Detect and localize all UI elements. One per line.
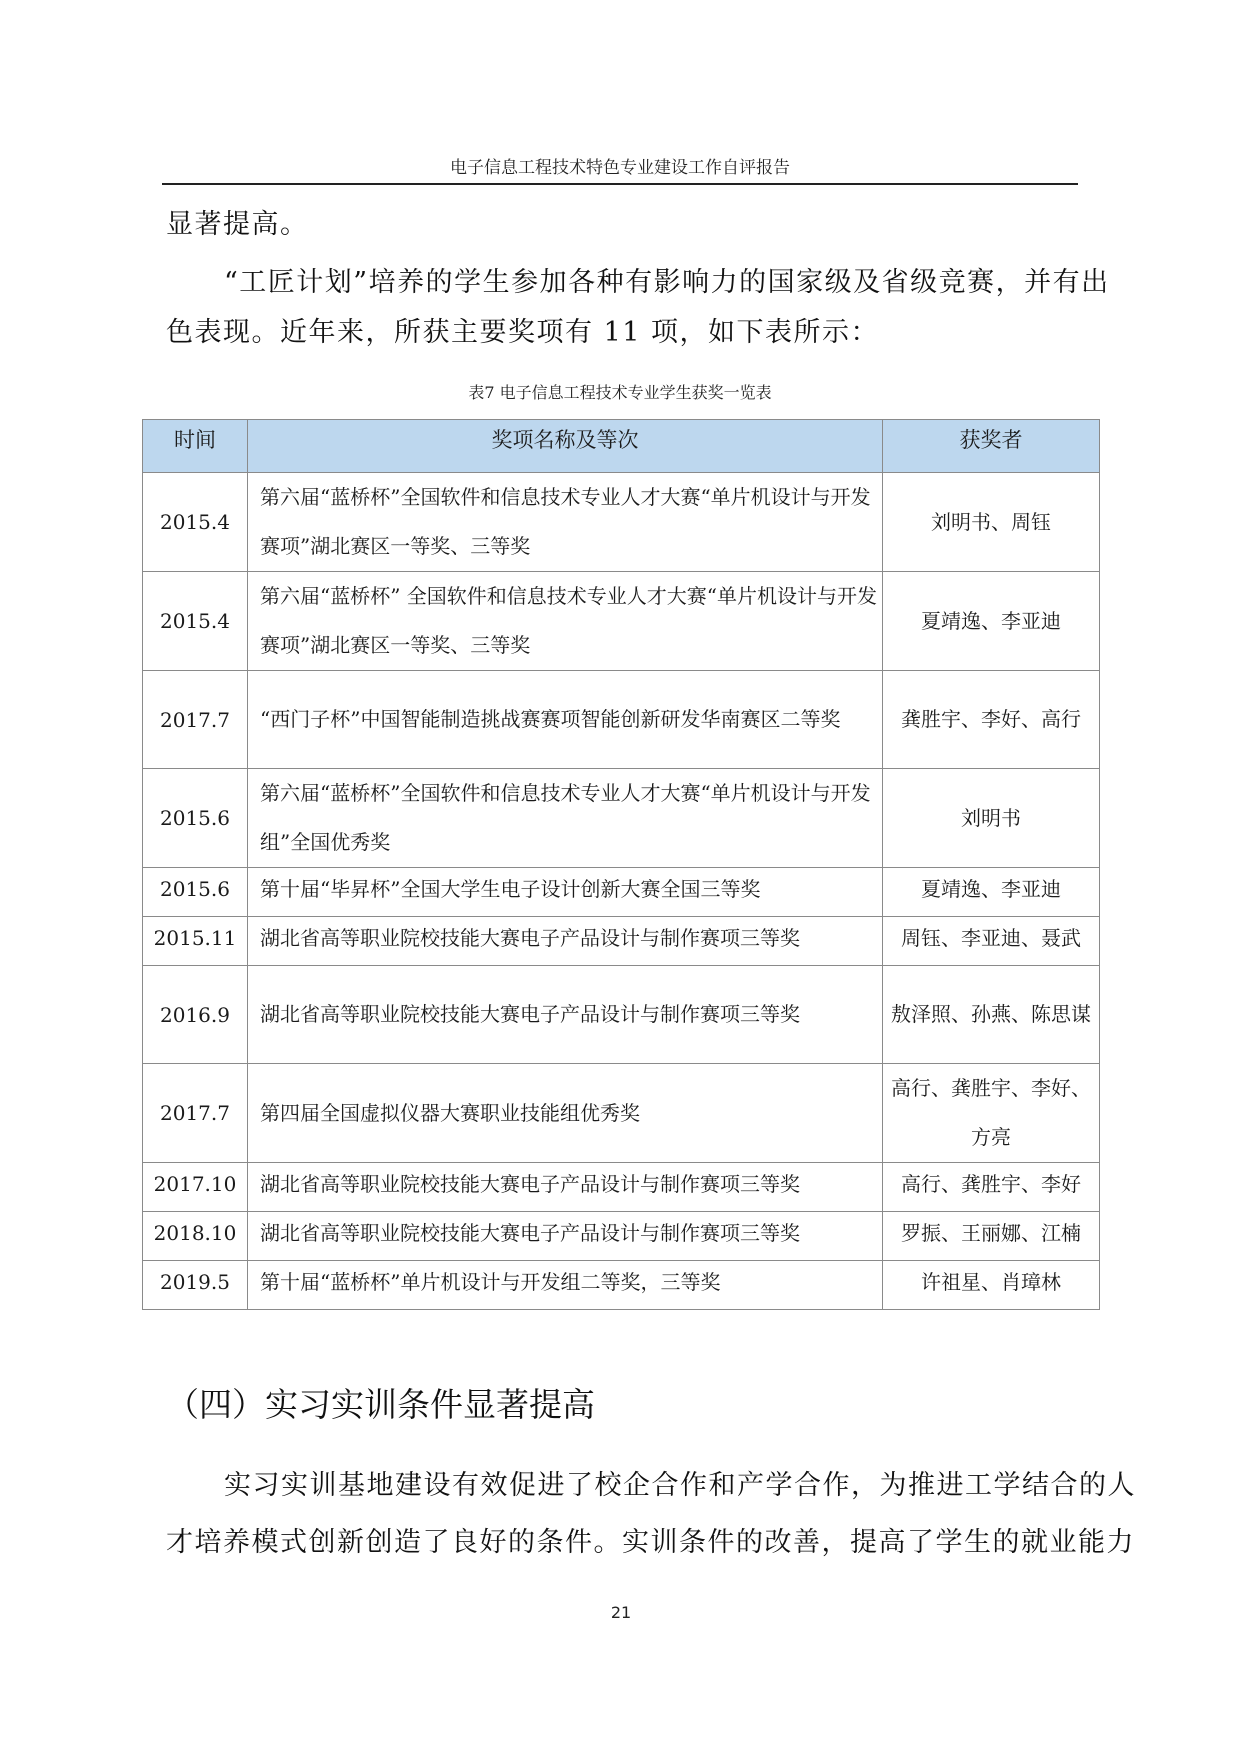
cell-winners: 夏靖逸、李亚迪 — [883, 572, 1100, 671]
cell-date: 2018.10 — [143, 1212, 248, 1261]
cell-award: “西门子杯”中国智能制造挑战赛赛项智能创新研发华南赛区二等奖 — [248, 671, 883, 769]
section-heading: （四）实习实训条件显著提高 — [166, 1384, 595, 1426]
header-rule — [162, 183, 1078, 185]
cell-award: 第十届“毕昇杯”全国大学生电子设计创新大赛全国三等奖 — [248, 868, 883, 917]
table-row: 2015.6 第十届“毕昇杯”全国大学生电子设计创新大赛全国三等奖 夏靖逸、李亚… — [143, 868, 1100, 917]
cell-award: 第六届“蓝桥杯”全国软件和信息技术专业人才大赛“单片机设计与开发赛项”湖北赛区一… — [248, 473, 883, 572]
cell-date: 2019.5 — [143, 1261, 248, 1310]
table-caption: 表7 电子信息工程技术专业学生获奖一览表 — [162, 381, 1078, 405]
cell-award: 第六届“蓝桥杯” 全国软件和信息技术专业人才大赛“单片机设计与开发赛项”湖北赛区… — [248, 572, 883, 671]
intro-line-3: 色表现。近年来，所获主要奖项有 11 项，如下表所示： — [166, 316, 1086, 350]
table-row: 2015.6 第六届“蓝桥杯”全国软件和信息技术专业人才大赛“单片机设计与开发组… — [143, 769, 1100, 868]
cell-winners: 许祖星、肖璋林 — [883, 1261, 1100, 1310]
cell-award: 湖北省高等职业院校技能大赛电子产品设计与制作赛项三等奖 — [248, 966, 883, 1064]
table-row: 2017.7 “西门子杯”中国智能制造挑战赛赛项智能创新研发华南赛区二等奖 龚胜… — [143, 671, 1100, 769]
cell-winners: 高行、龚胜宇、李好、方亮 — [883, 1064, 1100, 1163]
cell-winners: 罗振、王丽娜、江楠 — [883, 1212, 1100, 1261]
column-header-winners: 获奖者 — [883, 420, 1100, 473]
intro-line-1: 显著提高。 — [166, 208, 1086, 242]
cell-date: 2016.9 — [143, 966, 248, 1064]
cell-winners: 刘明书、周钰 — [883, 473, 1100, 572]
table-row: 2015.11 湖北省高等职业院校技能大赛电子产品设计与制作赛项三等奖 周钰、李… — [143, 917, 1100, 966]
cell-award: 湖北省高等职业院校技能大赛电子产品设计与制作赛项三等奖 — [248, 917, 883, 966]
section-line-2: 才培养模式创新创造了良好的条件。实训条件的改善，提高了学生的就业能力 — [166, 1526, 1086, 1560]
cell-date: 2017.10 — [143, 1163, 248, 1212]
table-header-row: 时间 奖项名称及等次 获奖者 — [143, 420, 1100, 473]
cell-date: 2015.11 — [143, 917, 248, 966]
table-row: 2017.10 湖北省高等职业院校技能大赛电子产品设计与制作赛项三等奖 高行、龚… — [143, 1163, 1100, 1212]
cell-date: 2017.7 — [143, 1064, 248, 1163]
cell-award: 第十届“蓝桥杯”单片机设计与开发组二等奖，三等奖 — [248, 1261, 883, 1310]
section-line-1: 实习实训基地建设有效促进了校企合作和产学合作，为推进工学结合的人 — [166, 1469, 1144, 1503]
column-header-date: 时间 — [143, 420, 248, 473]
cell-award: 第四届全国虚拟仪器大赛职业技能组优秀奖 — [248, 1064, 883, 1163]
cell-date: 2015.4 — [143, 473, 248, 572]
cell-winners: 高行、龚胜宇、李好 — [883, 1163, 1100, 1212]
cell-winners: 周钰、李亚迪、聂武 — [883, 917, 1100, 966]
cell-winners: 龚胜宇、李好、高行 — [883, 671, 1100, 769]
cell-award: 第六届“蓝桥杯”全国软件和信息技术专业人才大赛“单片机设计与开发组”全国优秀奖 — [248, 769, 883, 868]
cell-date: 2015.6 — [143, 769, 248, 868]
table-row: 2015.4 第六届“蓝桥杯”全国软件和信息技术专业人才大赛“单片机设计与开发赛… — [143, 473, 1100, 572]
cell-winners: 夏靖逸、李亚迪 — [883, 868, 1100, 917]
table-row: 2019.5 第十届“蓝桥杯”单片机设计与开发组二等奖，三等奖 许祖星、肖璋林 — [143, 1261, 1100, 1310]
table-row: 2015.4 第六届“蓝桥杯” 全国软件和信息技术专业人才大赛“单片机设计与开发… — [143, 572, 1100, 671]
cell-date: 2015.6 — [143, 868, 248, 917]
table-row: 2017.7 第四届全国虚拟仪器大赛职业技能组优秀奖 高行、龚胜宇、李好、方亮 — [143, 1064, 1100, 1163]
table-row: 2016.9 湖北省高等职业院校技能大赛电子产品设计与制作赛项三等奖 敖泽照、孙… — [143, 966, 1100, 1064]
column-header-award: 奖项名称及等次 — [248, 420, 883, 473]
intro-line-2: “工匠计划”培养的学生参加各种有影响力的国家级及省级竞赛，并有出 — [166, 266, 1144, 300]
cell-date: 2015.4 — [143, 572, 248, 671]
awards-table: 时间 奖项名称及等次 获奖者 2015.4 第六届“蓝桥杯”全国软件和信息技术专… — [142, 419, 1100, 1310]
table-row: 2018.10 湖北省高等职业院校技能大赛电子产品设计与制作赛项三等奖 罗振、王… — [143, 1212, 1100, 1261]
page-number: 21 — [0, 1603, 1242, 1622]
running-header-title: 电子信息工程技术特色专业建设工作自评报告 — [162, 156, 1078, 180]
cell-award: 湖北省高等职业院校技能大赛电子产品设计与制作赛项三等奖 — [248, 1163, 883, 1212]
cell-award: 湖北省高等职业院校技能大赛电子产品设计与制作赛项三等奖 — [248, 1212, 883, 1261]
cell-winners: 刘明书 — [883, 769, 1100, 868]
cell-date: 2017.7 — [143, 671, 248, 769]
cell-winners: 敖泽照、孙燕、陈思谋 — [883, 966, 1100, 1064]
